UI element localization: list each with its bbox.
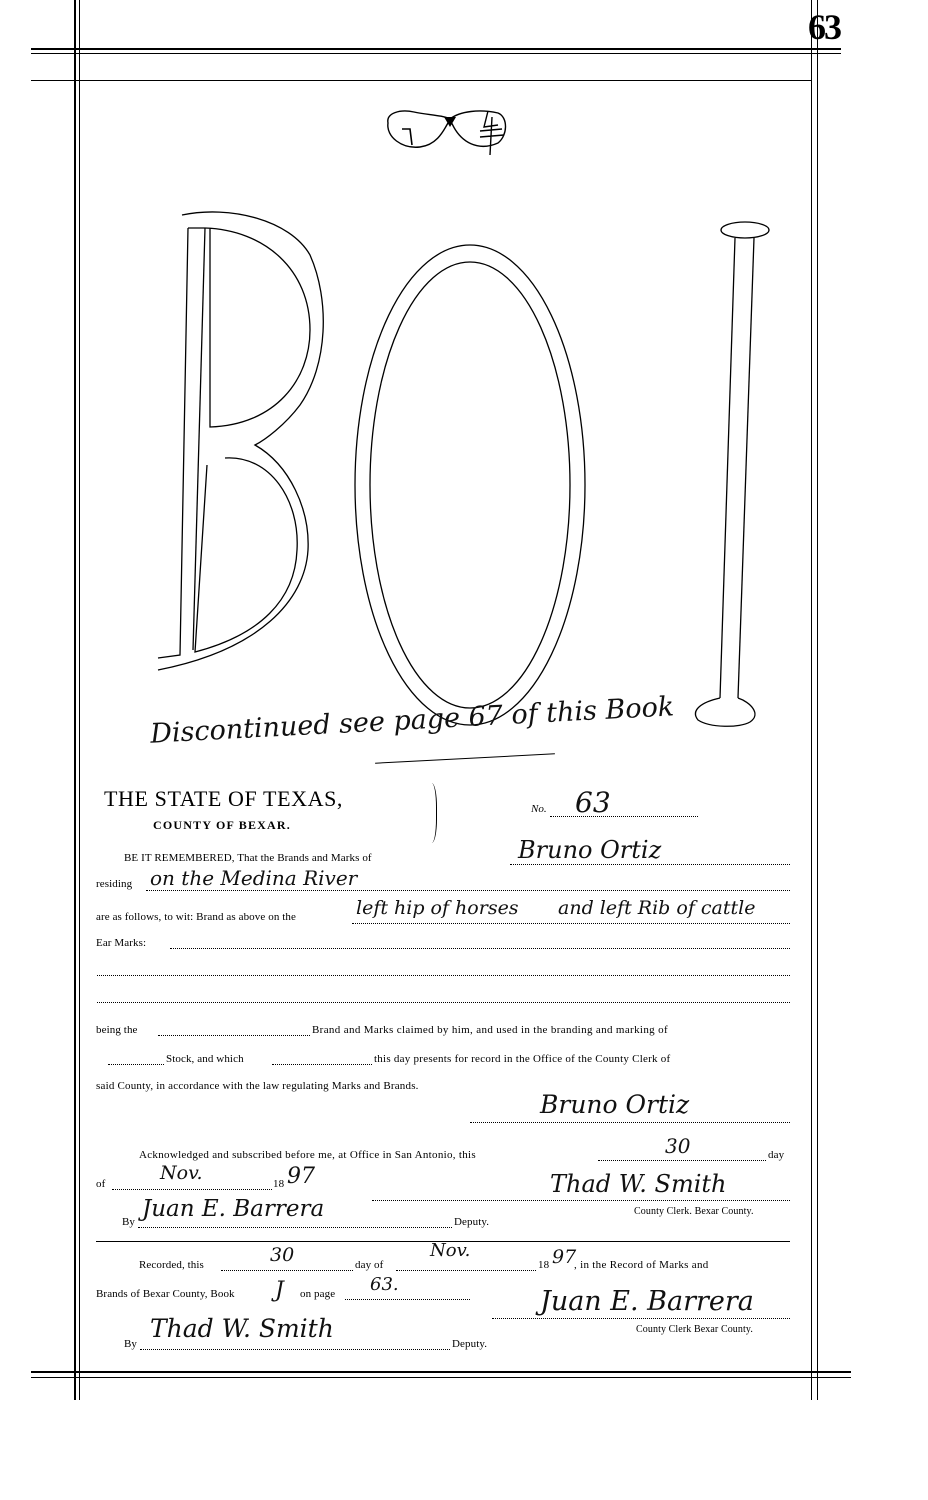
rec-month-line: [396, 1270, 536, 1271]
rec-on-page-label: on page: [300, 1288, 335, 1300]
owner-name-value: Bruno Ortiz: [518, 836, 661, 864]
being-the-label: being the: [96, 1024, 138, 1036]
rec-page-value: 63.: [370, 1274, 399, 1295]
ack-year-prefix: 18: [273, 1178, 284, 1190]
annotation-underline: [375, 753, 555, 763]
rec-clerk-signature: Juan E. Barrera: [540, 1286, 754, 1317]
ack-day-label: day: [768, 1149, 784, 1161]
ack-deputy-line: [138, 1227, 452, 1228]
ear-marks-line-3: [97, 1002, 790, 1003]
being-the-line: [158, 1035, 310, 1036]
record-number-label: No.: [531, 803, 547, 815]
rec-page-line: [345, 1299, 470, 1300]
brand-location-value-2: and left Rib of cattle: [558, 897, 755, 919]
rec-clerk-title: County Clerk Bexar County.: [636, 1324, 753, 1335]
record-number-value: 63: [575, 786, 611, 819]
ack-clerk-title: County Clerk. Bexar County.: [634, 1206, 754, 1217]
top-rule: [31, 48, 841, 50]
top-rule-inner: [31, 53, 841, 54]
ack-year-value: 97: [287, 1164, 315, 1189]
bottom-rule-inner: [31, 1377, 851, 1378]
rec-brands-text: Brands of Bexar County, Book: [96, 1288, 235, 1300]
left-margin-line-inner: [79, 0, 80, 1400]
ack-day-line: [598, 1160, 766, 1161]
claimed-text: Brand and Marks claimed by him, and used…: [312, 1024, 668, 1036]
right-margin-line-inner: [817, 0, 818, 1400]
rec-deputy-label: Deputy.: [452, 1338, 487, 1350]
county-title: COUNTY OF BEXAR.: [153, 818, 291, 833]
ack-deputy-signature: Juan E. Barrera: [142, 1196, 324, 1222]
rec-clerk-signature-line: [492, 1318, 790, 1319]
state-title: THE STATE OF TEXAS,: [104, 786, 343, 812]
as-follows-text: are as follows, to wit: Brand as above o…: [96, 911, 296, 923]
presents-text: this day presents for record in the Offi…: [374, 1053, 670, 1065]
ack-of-label: of: [96, 1178, 105, 1190]
rec-deputy-line: [140, 1349, 450, 1350]
owner-signature: Bruno Ortiz: [540, 1090, 689, 1119]
bottom-rule: [31, 1371, 851, 1373]
rec-day-line: [221, 1270, 353, 1271]
rec-year-prefix: 18: [538, 1259, 549, 1271]
residing-value: on the Medina River: [150, 866, 357, 890]
owner-name-line: [510, 864, 790, 865]
brand-location-line: [352, 923, 790, 924]
ear-marks-line-1: [170, 948, 790, 949]
remembered-text: BE IT REMEMBERED, That the Brands and Ma…: [124, 852, 372, 864]
ack-day-value: 30: [665, 1134, 690, 1158]
rec-book-value: J: [275, 1278, 284, 1303]
ack-deputy-label: Deputy.: [454, 1216, 489, 1228]
rec-month-value: Nov.: [430, 1240, 470, 1261]
stock-text: Stock, and which: [166, 1053, 244, 1065]
stock-line: [108, 1064, 164, 1065]
ack-clerk-signature-line: [372, 1200, 790, 1201]
ack-by-label: By: [122, 1216, 135, 1228]
rec-year-value: 97: [552, 1246, 576, 1268]
recorded-label: Recorded, this: [139, 1259, 204, 1271]
brace-decoration: [424, 783, 437, 843]
rec-day-of-label: day of: [355, 1259, 383, 1271]
rec-record-text: , in the Record of Marks and: [574, 1259, 709, 1271]
owner-signature-line: [470, 1122, 790, 1123]
which-line: [272, 1064, 372, 1065]
ack-clerk-signature: Thad W. Smith: [550, 1170, 726, 1198]
residing-label: residing: [96, 878, 132, 890]
top-rule-lower: [31, 80, 811, 81]
ear-marks-line-2: [97, 975, 790, 976]
ack-month-line: [112, 1189, 272, 1190]
left-margin-line: [74, 0, 76, 1400]
rec-day-value: 30: [270, 1244, 294, 1266]
page-number: 63: [808, 6, 840, 48]
ack-month-value: Nov.: [160, 1162, 203, 1184]
ear-mark-icon: [380, 105, 520, 160]
brand-location-value: left hip of horses: [356, 897, 519, 919]
acknowledged-text: Acknowledged and subscribed before me, a…: [139, 1149, 476, 1161]
rec-by-label: By: [124, 1338, 137, 1350]
right-margin-line: [811, 0, 812, 1400]
ear-marks-label: Ear Marks:: [96, 937, 146, 949]
rec-deputy-signature: Thad W. Smith: [150, 1314, 334, 1343]
said-county-text: said County, in accordance with the law …: [96, 1080, 419, 1092]
residing-line: [146, 890, 790, 891]
record-number-line: [550, 816, 698, 817]
brand-drawing: [150, 190, 790, 730]
